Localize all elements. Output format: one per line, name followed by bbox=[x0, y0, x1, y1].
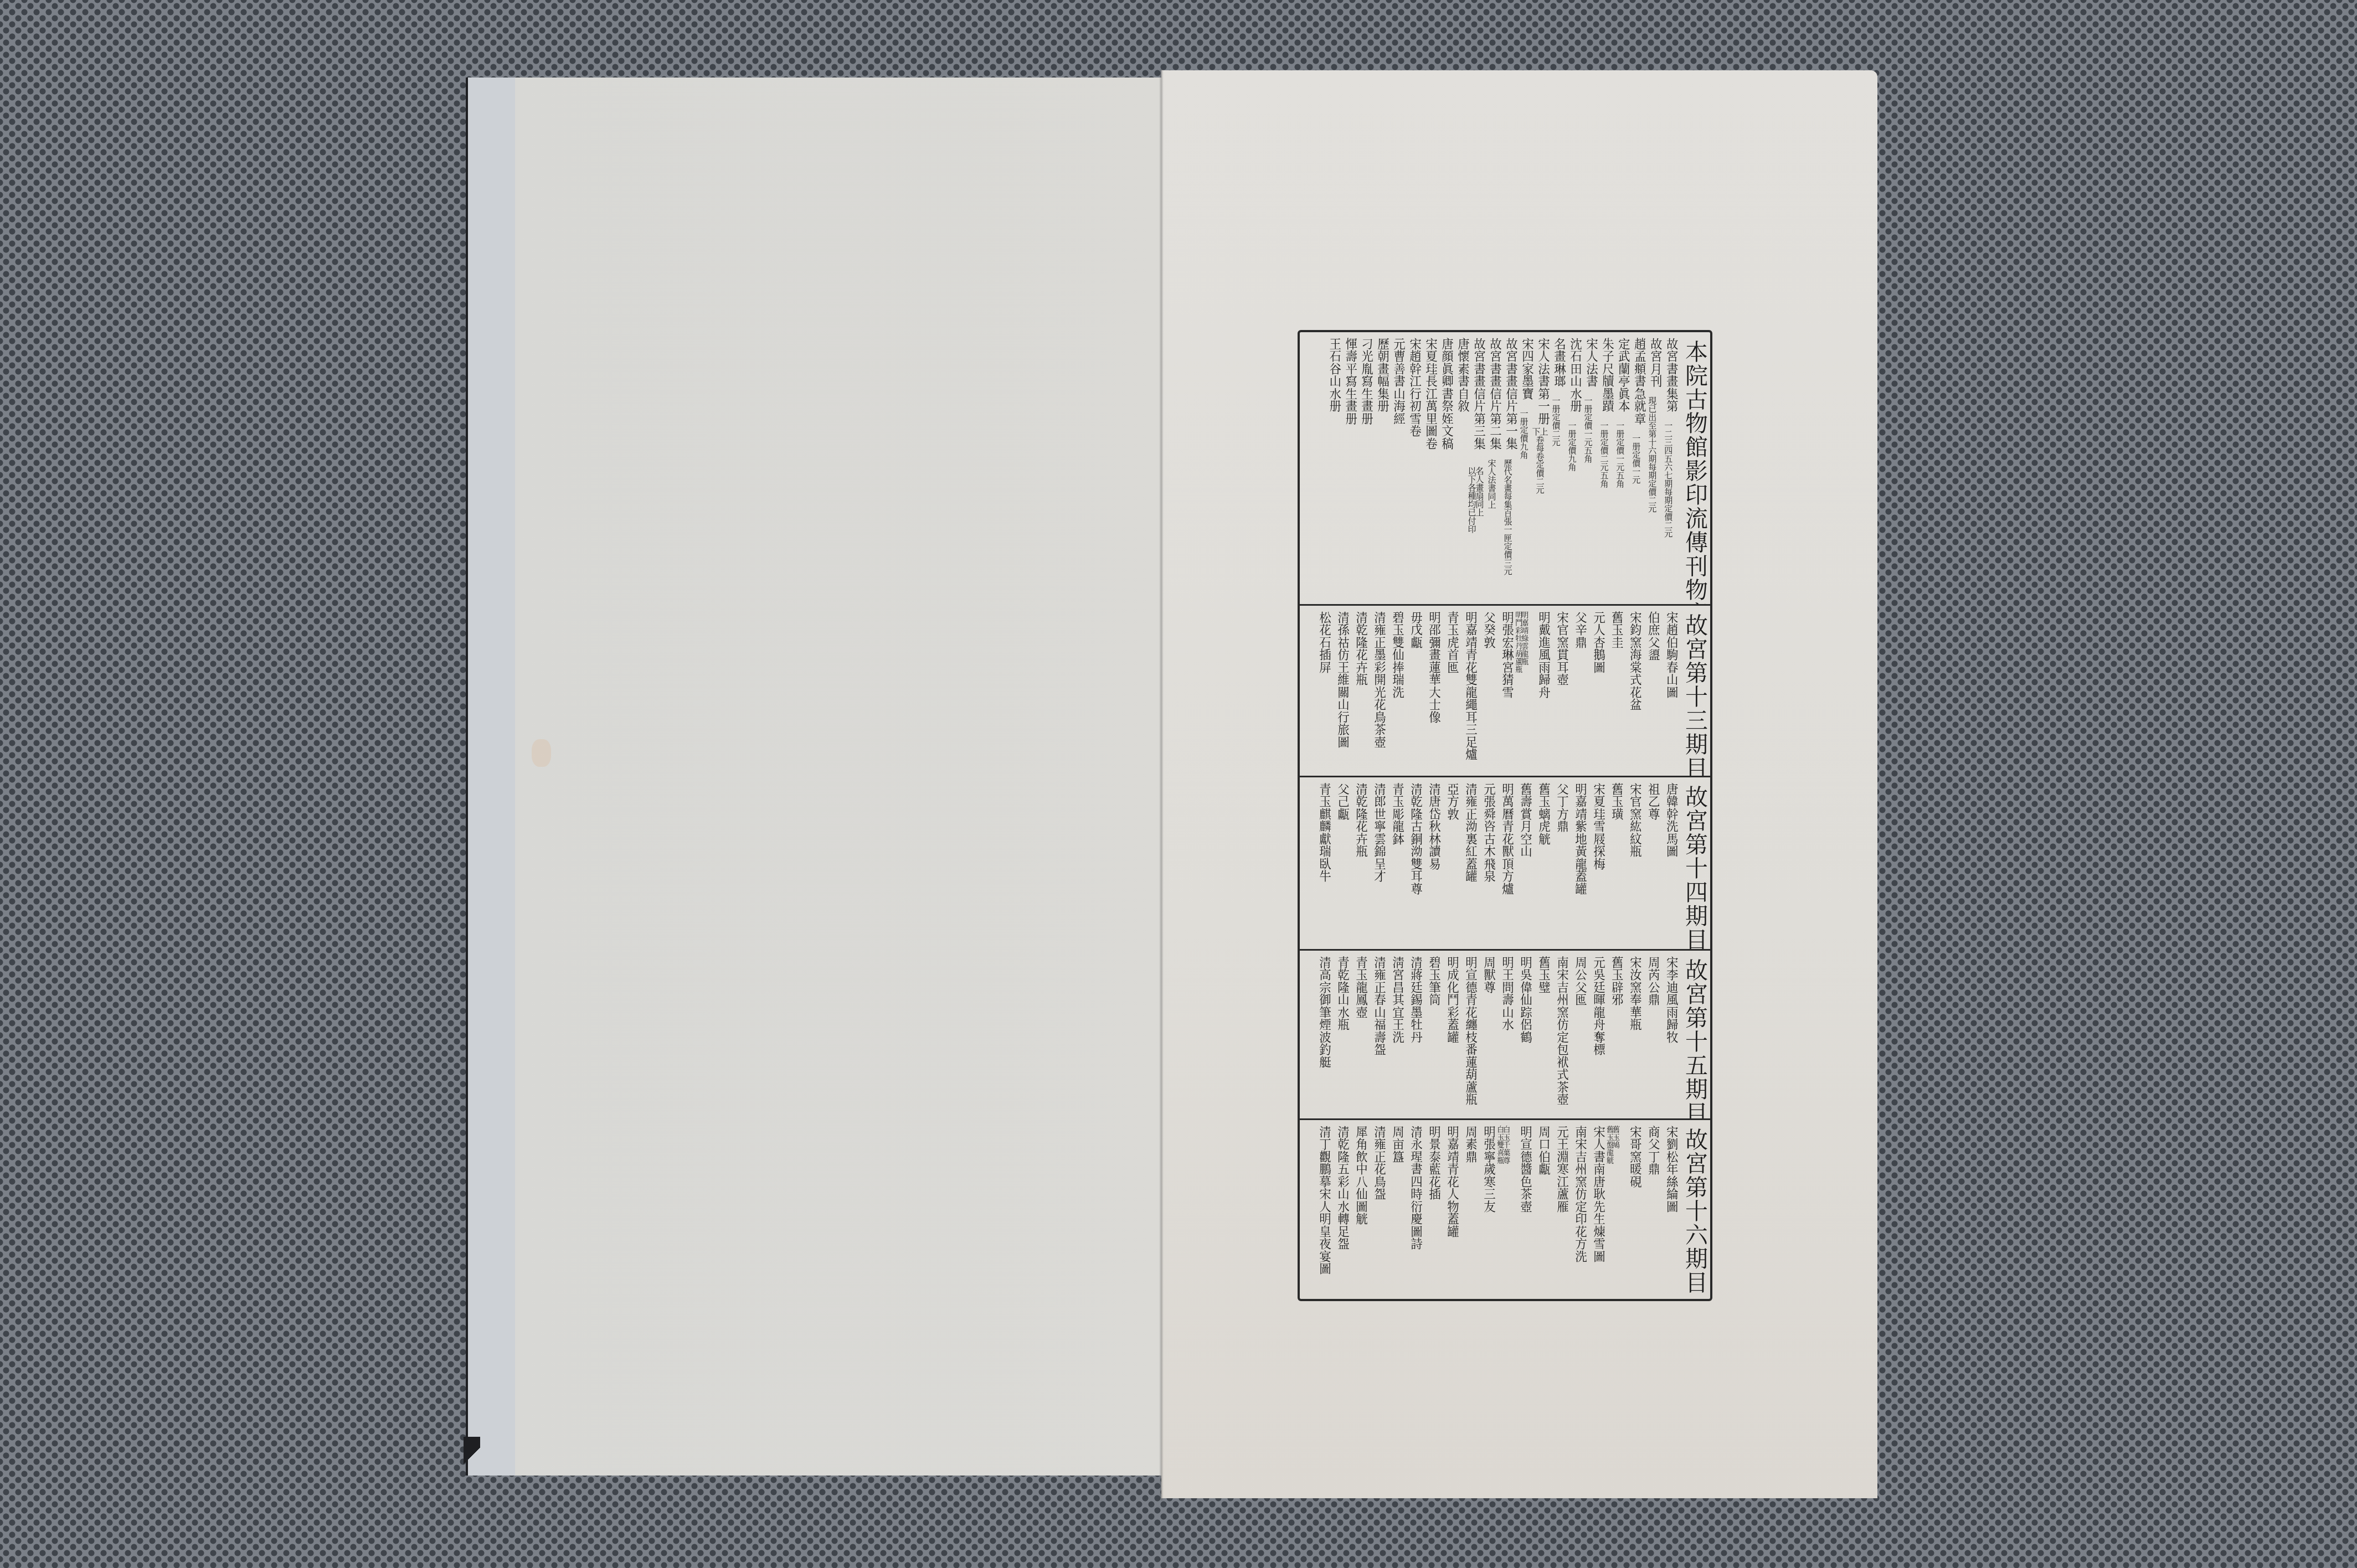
issue-item: 元王淵寒江蘆雁 bbox=[1553, 1126, 1566, 1275]
publication-entry: 定武蘭亭眞本一册定價一元五角 bbox=[1614, 338, 1627, 575]
issue-item-name: 清丁觀鵬摹宋人明皇夜宴圖 bbox=[1316, 1126, 1333, 1275]
issue-item-name: 伯庶父盨 bbox=[1644, 611, 1661, 661]
issue-title: 故宮第十三期目 bbox=[1683, 613, 1706, 777]
issue-item: 商父丁鼎 bbox=[1644, 1126, 1657, 1275]
issue-item-name: 周亩簋 bbox=[1389, 1126, 1406, 1163]
publication-name: 趙孟頫書急就章 bbox=[1630, 338, 1648, 425]
issue-item-name: 亞方敦 bbox=[1444, 783, 1461, 821]
issue-item-name: 明嘉靖青花人物蓋罐 bbox=[1444, 1126, 1461, 1238]
issue-item-name: 明宣德醬色茶壺 bbox=[1516, 1126, 1533, 1213]
issue-item: 宋官窯貫耳壺 bbox=[1553, 611, 1566, 761]
issue-item-name: 清雍正春山福壽盌 bbox=[1371, 956, 1388, 1056]
publication-name: 名畫琳瑯 bbox=[1550, 338, 1567, 388]
issue-item-name: 明嘉靖青花雙龍繩耳三足爐 bbox=[1461, 611, 1479, 761]
publication-list: 故宮書畫集第一二三四五六七期每期定價二元故宮月刊現已出至第十六期每期定價二元趙孟… bbox=[1326, 338, 1675, 575]
publication-name: 沈石田山水册 bbox=[1566, 338, 1583, 412]
issue-item-name: 周口伯甗 bbox=[1535, 1126, 1552, 1175]
issue-item: 青玉麒麟獻瑞臥牛 bbox=[1316, 783, 1329, 895]
issue-item-name: 元吳廷暉龍舟奪標 bbox=[1589, 956, 1607, 1056]
issue-item: 明張宏琳宮猜雪 bbox=[1498, 611, 1511, 761]
publication-price: 一册定價二元五角 bbox=[1598, 421, 1610, 488]
issue-item-name: 宋趙伯駒春山圖 bbox=[1663, 611, 1680, 699]
issue-item-name: 宋官窯紘紋瓶 bbox=[1626, 783, 1643, 858]
publications-ad-section: 本院古物館影印流傳刊物廣告 故宮書畫集第一二三四五六七期每期定價二元故宮月刊現已… bbox=[1300, 332, 1710, 606]
issue-item: 周公父匜 bbox=[1571, 956, 1584, 1106]
publication-entry: 刁光胤寫生畫册 bbox=[1358, 338, 1371, 575]
publication-price: 一册定價九角 bbox=[1566, 421, 1578, 471]
issue-item: 清蔣廷錫墨牡丹 bbox=[1407, 956, 1420, 1106]
publication-price: 一册定價一元五角 bbox=[1614, 421, 1626, 488]
issue-item: 宋人書南唐耿先生煉雪圖 bbox=[1589, 1126, 1602, 1275]
publication-entry: 惲壽平寫生畫册 bbox=[1342, 338, 1355, 575]
publication-entry: 宋四家墨寶一册定價九角 bbox=[1518, 338, 1531, 575]
publication-entry: 趙孟頫書急就章一册定價一元 bbox=[1630, 338, 1643, 575]
issue-item: 周芮公鼎 bbox=[1644, 956, 1657, 1106]
issue-item: 明景泰藍花插 bbox=[1425, 1126, 1438, 1275]
issue-item: 舊玉璧 bbox=[1535, 956, 1547, 1106]
volume-top: 上 bbox=[1542, 427, 1550, 436]
issue-item-name: 南宋吉州窯仿定包袱式茶壺 bbox=[1553, 956, 1570, 1106]
issue-item: 明嘉靖紫地黃龍蓋罐 bbox=[1571, 783, 1584, 895]
issue-item: 清郎世寧雲錦呈才 bbox=[1371, 783, 1383, 895]
issue-item-double: 白玉千葉尊白玉雙喜瓶 bbox=[1498, 1126, 1511, 1275]
issue-item-name: 清乾隆花卉瓶 bbox=[1352, 783, 1370, 858]
issue-item: 明嘉靖青花雙龍繩耳三足爐 bbox=[1461, 611, 1474, 761]
issue-item-name: 明成化鬥彩蓋罐 bbox=[1444, 956, 1461, 1044]
issue-16-section: 故宮第十六期目 宋劉松年絲綸圖商父丁鼎宋哥窯暖硯舊玉鳩舊玉盤龍觥宋人書南唐耿先生… bbox=[1300, 1120, 1710, 1299]
issue-item-name: 清雍正墨彩開光花鳥茶壺 bbox=[1371, 611, 1388, 749]
issue-item: 舊壽賞月空山 bbox=[1516, 783, 1529, 895]
publication-entry: 故宮書畫信片第一集歷代名畫每集百張一匣定價三元 bbox=[1502, 338, 1515, 575]
issue-item-name: 清雍正花鳥盌 bbox=[1371, 1126, 1388, 1200]
publication-name: 宋趙幹江行初雪卷 bbox=[1406, 338, 1423, 437]
issue-item-name: 清永瑆書四時衍慶圖詩 bbox=[1407, 1126, 1424, 1250]
issue-item-double: 舊玉鳩舊玉盤龍觥 bbox=[1608, 1126, 1620, 1275]
publication-price: 卷每卷定價二元 bbox=[1534, 436, 1546, 494]
publication-name: 故宮書畫信片第一集 bbox=[1502, 338, 1519, 450]
bleed-through-text bbox=[1721, 773, 1772, 982]
issue-item-double: 明嘉靖綠雲龍瓶明鬥彩牡丹葫蘆瓶 bbox=[1516, 611, 1529, 761]
issue-item-name: 舊玉螭虎觥 bbox=[1535, 783, 1552, 845]
issue-item-name: 淸宮昌其宜王洗 bbox=[1389, 956, 1406, 1044]
issue-item-name: 宋劉松年絲綸圖 bbox=[1663, 1126, 1680, 1213]
issue-item: 周亩簋 bbox=[1389, 1126, 1402, 1275]
issue-item-name: 父己甗 bbox=[1334, 783, 1351, 821]
issue-item-name: 父辛鼎 bbox=[1571, 611, 1588, 649]
publication-price: 一册定價一元 bbox=[1630, 434, 1642, 484]
issue-item: 清孫祜仿王維關山行旅圖 bbox=[1334, 611, 1347, 761]
publication-price: 現已出至第十六期每期定價二元 bbox=[1646, 396, 1658, 513]
issue-item: 明嘉靖青花人物蓋罐 bbox=[1444, 1126, 1457, 1275]
publication-price: 歷代名畫每集百張一匣定價三元 bbox=[1502, 459, 1514, 575]
issue-item-name: 元人杏鵝圖 bbox=[1589, 611, 1607, 674]
advertisement-box: 本院古物館影印流傳刊物廣告 故宮書畫集第一二三四五六七期每期定價二元故宮月刊現已… bbox=[1298, 330, 1712, 1301]
issue-item: 清丁觀鵬摹宋人明皇夜宴圖 bbox=[1316, 1126, 1329, 1275]
issue-item: 明吳偉仙踪侶鶴 bbox=[1516, 956, 1529, 1106]
issue-14-section: 故宮第十四期目 唐韓幹洗馬圖祖乙尊宋官窯紘紋瓶舊玉璜宋夏珪雪屐探梅明嘉靖紫地黃龍… bbox=[1300, 777, 1710, 951]
issue-item: 宋夏珪雪屐探梅 bbox=[1589, 783, 1602, 895]
publication-entry: 王石谷山水册 bbox=[1326, 338, 1339, 575]
issue-item: 舊玉螭虎觥 bbox=[1535, 783, 1547, 895]
issue-item: 伯庶父盨 bbox=[1644, 611, 1657, 761]
price-pair: 上下 bbox=[1534, 427, 1550, 436]
issue-item-name: 明邵彌畫蓮華大士像 bbox=[1425, 611, 1443, 724]
publication-entry: 故宮書畫信片第三集名人畫扇同上以下各種均已付印 bbox=[1470, 338, 1483, 575]
publication-entry: 唐懷素書自敘 bbox=[1454, 338, 1467, 575]
issue-item-name: 舊玉璧 bbox=[1535, 956, 1552, 994]
issue-item-name: 青玉虎首匜 bbox=[1444, 611, 1461, 674]
issue-item-name: 舊玉辟邪 bbox=[1608, 956, 1625, 1006]
publication-entry: 沈石田山水册一册定價九角 bbox=[1566, 338, 1579, 575]
issue-item: 清乾隆花卉瓶 bbox=[1352, 611, 1365, 761]
issue-item-name: 清孫祜仿王維關山行旅圖 bbox=[1334, 611, 1351, 749]
issue-item-name: 父癸敦 bbox=[1480, 611, 1497, 649]
issue-item: 明宣德青花纏枝番蓮葫蘆瓶 bbox=[1461, 956, 1474, 1106]
issue-item: 明萬曆青花獸頂方爐 bbox=[1498, 783, 1511, 895]
publication-name: 惲壽平寫生畫册 bbox=[1342, 338, 1359, 425]
publication-name: 故宮月刊 bbox=[1646, 338, 1664, 388]
issue-item: 南宋吉州窯仿定印花方洗 bbox=[1571, 1126, 1584, 1275]
issue-item-name: 宋汝窯奉華瓶 bbox=[1626, 956, 1643, 1031]
publication-price: 一册定價二元 bbox=[1550, 396, 1562, 446]
issue-item-name: 碧玉筆筒 bbox=[1425, 956, 1443, 1006]
issue-item-name: 青玉龍鳳壺 bbox=[1352, 956, 1370, 1019]
issue-item: 亞方敦 bbox=[1444, 783, 1457, 895]
issue-item-name: 元張舜咨古木飛泉 bbox=[1480, 783, 1497, 883]
issue-item: 明戴進風雨歸舟 bbox=[1535, 611, 1547, 761]
issue-item-name: 舊玉璜 bbox=[1608, 783, 1625, 821]
issue-item-name: 青玉彫龍鉢 bbox=[1389, 783, 1406, 845]
paper-stain bbox=[532, 739, 551, 767]
issue-item: 清乾隆花卉瓶 bbox=[1352, 783, 1365, 895]
issue-item: 父癸敦 bbox=[1480, 611, 1493, 761]
issue-item: 清雍正花鳥盌 bbox=[1371, 1126, 1383, 1275]
issue-item-name: 青玉麒麟獻瑞臥牛 bbox=[1316, 783, 1333, 883]
publication-name: 宋四家墨寶 bbox=[1518, 338, 1535, 400]
issue-item: 清永瑆書四時衍慶圖詩 bbox=[1407, 1126, 1420, 1275]
issue-item-name: 宋李迪風雨歸牧 bbox=[1663, 956, 1680, 1044]
issue-item: 周素鼎 bbox=[1461, 1126, 1474, 1275]
issue-item-name: 元王淵寒江蘆雁 bbox=[1553, 1126, 1570, 1213]
publication-entry: 故宮書畫集第一二三四五六七期每期定價二元 bbox=[1663, 338, 1675, 575]
issue-item-name: 毋戊甗 bbox=[1407, 611, 1424, 649]
issue-item: 清雍正春山福壽盌 bbox=[1371, 956, 1383, 1106]
issue-item-name: 明王問壽山水 bbox=[1498, 956, 1515, 1031]
publication-price: 一二三四五六七期每期定價二元 bbox=[1663, 421, 1674, 538]
issue-item: 周獸尊 bbox=[1480, 956, 1493, 1106]
issue-item: 南宋吉州窯仿定包袱式茶壺 bbox=[1553, 956, 1566, 1106]
publication-notes: 名人畫扇同上以下各種均已付印 bbox=[1470, 467, 1486, 533]
left-page bbox=[468, 78, 1161, 1476]
issue-item-name: 周獸尊 bbox=[1480, 956, 1497, 994]
issue-item-name: 唐韓幹洗馬圖 bbox=[1663, 783, 1680, 858]
issue-item: 清雍正墨彩開光花鳥茶壺 bbox=[1371, 611, 1383, 761]
issue-item: 宋李迪風雨歸牧 bbox=[1663, 956, 1675, 1106]
corner-fold bbox=[464, 1437, 480, 1476]
publication-name: 宋人法書 bbox=[1582, 338, 1599, 388]
issue-item: 清高宗御筆煙波釣艇 bbox=[1316, 956, 1329, 1106]
publication-price: 一册定價九角 bbox=[1518, 409, 1530, 459]
publication-entry: 歷朝畫幅集册 bbox=[1374, 338, 1387, 575]
issue-item-name: 宋官窯貫耳壺 bbox=[1553, 611, 1570, 686]
issue-item-name: 清乾隆古銅泑雙耳尊 bbox=[1407, 783, 1424, 895]
issue-item: 清乾隆古銅泑雙耳尊 bbox=[1407, 783, 1420, 895]
issue-item: 明宣德醬色茶壺 bbox=[1516, 1126, 1529, 1275]
issue-item-name: 清高宗御筆煙波釣艇 bbox=[1316, 956, 1333, 1069]
issue-item-name: 明戴進風雨歸舟 bbox=[1535, 611, 1552, 699]
issue-item-name: 清蔣廷錫墨牡丹 bbox=[1407, 956, 1424, 1044]
issue-item: 元張舜咨古木飛泉 bbox=[1480, 783, 1493, 895]
issue-item-name: 犀角飲中八仙圖觥 bbox=[1352, 1126, 1370, 1225]
issue-item-name: 祖乙尊 bbox=[1644, 783, 1661, 821]
issue-item-name: 明宣德青花纏枝番蓮葫蘆瓶 bbox=[1461, 956, 1479, 1106]
publication-entry: 朱子尺牘墨蹟一册定價二元五角 bbox=[1598, 338, 1611, 575]
issue-item-name: 宋夏珪雪屐探梅 bbox=[1589, 783, 1607, 870]
issue-item: 清雍正泑裏紅蓋罐 bbox=[1461, 783, 1474, 895]
issue-item: 宋劉松年絲綸圖 bbox=[1663, 1126, 1675, 1275]
issue-item-name: 清乾隆花卉瓶 bbox=[1352, 611, 1370, 686]
publication-note: 名人畫扇同上 bbox=[1478, 467, 1486, 533]
issue-item: 宋哥窯暖硯 bbox=[1626, 1126, 1639, 1275]
issue-item: 父丁方鼎 bbox=[1553, 783, 1566, 895]
issue-item: 犀角飲中八仙圖觥 bbox=[1352, 1126, 1365, 1275]
publication-name: 王石谷山水册 bbox=[1326, 338, 1343, 412]
publication-entry: 名畫琳瑯一册定價二元 bbox=[1550, 338, 1563, 575]
issue-item: 明嘉靖綠雲龍瓶 bbox=[1523, 611, 1529, 666]
publication-name: 宋人法書第一册 bbox=[1534, 338, 1551, 425]
publication-name: 朱子尺牘墨蹟 bbox=[1598, 338, 1615, 412]
issue-item: 父己甗 bbox=[1334, 783, 1347, 895]
issue-item-name: 舊玉圭 bbox=[1608, 611, 1625, 649]
issue-item: 青玉虎首匜 bbox=[1444, 611, 1457, 761]
issue-item: 青玉彫龍鉢 bbox=[1389, 783, 1402, 895]
issue-item-name: 清雍正泑裏紅蓋罐 bbox=[1461, 783, 1479, 883]
issue-item: 周口伯甗 bbox=[1535, 1126, 1547, 1275]
issue-item-name: 青乾隆山水瓶 bbox=[1334, 956, 1351, 1031]
publication-name: 歷朝畫幅集册 bbox=[1374, 338, 1391, 412]
issue-item: 舊玉璜 bbox=[1608, 783, 1620, 895]
issue-item-name: 明嘉靖紫地黃龍蓋罐 bbox=[1571, 783, 1588, 895]
issue-item-list: 宋劉松年絲綸圖商父丁鼎宋哥窯暖硯舊玉鳩舊玉盤龍觥宋人書南唐耿先生煉雪圖南宋吉州窯… bbox=[1316, 1126, 1675, 1275]
issue-item: 宋汝窯奉華瓶 bbox=[1626, 956, 1639, 1106]
issue-item: 舊玉圭 bbox=[1608, 611, 1620, 761]
issue-item: 明成化鬥彩蓋罐 bbox=[1444, 956, 1457, 1106]
issue-title: 故宮第十四期目 bbox=[1683, 785, 1706, 951]
issue-item: 舊玉鳩 bbox=[1614, 1126, 1620, 1149]
issue-item: 毋戊甗 bbox=[1407, 611, 1420, 761]
issue-item-name: 周公父匜 bbox=[1571, 956, 1588, 1006]
issue-item-name: 碧玉雙仙捧瑞洗 bbox=[1389, 611, 1406, 699]
publication-name: 故宮書畫信片第三集 bbox=[1470, 338, 1488, 450]
issue-item-name: 南宋吉州窯仿定印花方洗 bbox=[1571, 1126, 1588, 1263]
issue-item-name: 父丁方鼎 bbox=[1553, 783, 1570, 833]
issue-item: 明張寧歲寒三友 bbox=[1480, 1126, 1493, 1275]
issue-item: 清唐岱秋林讀易 bbox=[1425, 783, 1438, 895]
publication-name: 定武蘭亭眞本 bbox=[1614, 338, 1632, 412]
publication-entry: 宋趙幹江行初雪卷 bbox=[1406, 338, 1419, 575]
issue-item-name: 清乾隆五彩山水轉足盌 bbox=[1334, 1126, 1351, 1250]
publication-price: 一册定價一元五角 bbox=[1582, 396, 1594, 463]
issue-item-list: 宋李迪風雨歸牧周芮公鼎宋汝窯奉華瓶舊玉辟邪元吳廷暉龍舟奪標周公父匜南宋吉州窯仿定… bbox=[1316, 956, 1675, 1106]
issue-item: 宋趙伯駒春山圖 bbox=[1663, 611, 1675, 761]
publication-entry: 故宮月刊現已出至第十六期每期定價二元 bbox=[1646, 338, 1659, 575]
book-gutter bbox=[1159, 69, 1164, 1500]
issue-item: 元人杏鵝圖 bbox=[1589, 611, 1602, 761]
issue-item: 父辛鼎 bbox=[1571, 611, 1584, 761]
publication-name: 故宮書畫集第 bbox=[1663, 338, 1680, 412]
publication-entry: 故宮書畫信片第二集宋人法書同上 bbox=[1486, 338, 1499, 575]
issue-item: 青玉龍鳳壺 bbox=[1352, 956, 1365, 1106]
issue-13-section: 故宮第十三期目 宋趙伯駒春山圖伯庶父盨宋鈞窯海棠式花盆舊玉圭元人杏鵝圖父辛鼎宋官… bbox=[1300, 606, 1710, 777]
issue-item-name: 商父丁鼎 bbox=[1644, 1126, 1661, 1175]
publication-entry: 唐顔眞卿書祭姪文稿 bbox=[1438, 338, 1451, 575]
issue-title: 故宮第十五期目 bbox=[1683, 958, 1706, 1120]
issue-item: 碧玉雙仙捧瑞洗 bbox=[1389, 611, 1402, 761]
issue-item: 祖乙尊 bbox=[1644, 783, 1657, 895]
publication-name: 故宮書畫信片第二集 bbox=[1486, 338, 1503, 450]
issue-item: 淸宮昌其宜王洗 bbox=[1389, 956, 1402, 1106]
publication-entry: 宋夏珪長江萬里圖卷 bbox=[1422, 338, 1435, 575]
issue-item: 舊玉辟邪 bbox=[1608, 956, 1620, 1106]
issue-item: 碧玉筆筒 bbox=[1425, 956, 1438, 1106]
issue-item: 宋鈞窯海棠式花盆 bbox=[1626, 611, 1639, 761]
publication-entry: 元曹善書山海經 bbox=[1390, 338, 1403, 575]
issue-item: 松花石插屏 bbox=[1316, 611, 1329, 761]
issue-item-name: 舊壽賞月空山 bbox=[1516, 783, 1533, 858]
issue-item: 唐韓幹洗馬圖 bbox=[1663, 783, 1675, 895]
issue-title: 故宮第十六期目 bbox=[1683, 1128, 1706, 1294]
issue-item-name: 宋鈞窯海棠式花盆 bbox=[1626, 611, 1643, 711]
issue-item-name: 清郎世寧雲錦呈才 bbox=[1371, 783, 1388, 883]
issue-item: 青乾隆山水瓶 bbox=[1334, 956, 1347, 1106]
publication-name: 唐顔眞卿書祭姪文稿 bbox=[1438, 338, 1455, 450]
publication-price: 宋人法書同上 bbox=[1486, 459, 1497, 509]
publication-entry: 宋人法書第一册上下卷每卷定價二元 bbox=[1534, 338, 1547, 575]
issue-item-name: 周芮公鼎 bbox=[1644, 956, 1661, 1006]
publication-name: 宋夏珪長江萬里圖卷 bbox=[1422, 338, 1439, 450]
publication-entry: 宋人法書一册定價一元五角 bbox=[1582, 338, 1595, 575]
issue-item-name: 周素鼎 bbox=[1461, 1126, 1479, 1163]
issue-item: 宋官窯紘紋瓶 bbox=[1626, 783, 1639, 895]
issue-item-name: 松花石插屏 bbox=[1316, 611, 1333, 674]
issue-item-list: 唐韓幹洗馬圖祖乙尊宋官窯紘紋瓶舊玉璜宋夏珪雪屐探梅明嘉靖紫地黃龍蓋罐父丁方鼎舊玉… bbox=[1316, 783, 1675, 895]
ad-title: 本院古物館影印流傳刊物廣告 bbox=[1683, 340, 1706, 606]
issue-item: 元吳廷暉龍舟奪標 bbox=[1589, 956, 1602, 1106]
publication-name: 刁光胤寫生畫册 bbox=[1358, 338, 1375, 425]
issue-item-name: 清唐岱秋林讀易 bbox=[1425, 783, 1443, 870]
issue-item-name: 明吳偉仙踪侶鶴 bbox=[1516, 956, 1533, 1044]
issue-item: 明邵彌畫蓮華大士像 bbox=[1425, 611, 1438, 761]
publication-name: 唐懷素書自敘 bbox=[1454, 338, 1471, 412]
issue-item-name: 宋哥窯暖硯 bbox=[1626, 1126, 1643, 1188]
issue-item: 白玉千葉尊 bbox=[1505, 1126, 1511, 1164]
issue-item-name: 明萬曆青花獸頂方爐 bbox=[1498, 783, 1515, 895]
issue-item: 清乾隆五彩山水轉足盌 bbox=[1334, 1126, 1347, 1275]
issue-item-name: 明景泰藍花插 bbox=[1425, 1126, 1443, 1200]
publication-name: 元曹善書山海經 bbox=[1390, 338, 1407, 425]
issue-15-section: 故宮第十五期目 宋李迪風雨歸牧周芮公鼎宋汝窯奉華瓶舊玉辟邪元吳廷暉龍舟奪標周公父… bbox=[1300, 951, 1710, 1120]
issue-item-list: 宋趙伯駒春山圖伯庶父盨宋鈞窯海棠式花盆舊玉圭元人杏鵝圖父辛鼎宋官窯貫耳壺明戴進風… bbox=[1316, 611, 1675, 761]
issue-item: 明王問壽山水 bbox=[1498, 956, 1511, 1106]
